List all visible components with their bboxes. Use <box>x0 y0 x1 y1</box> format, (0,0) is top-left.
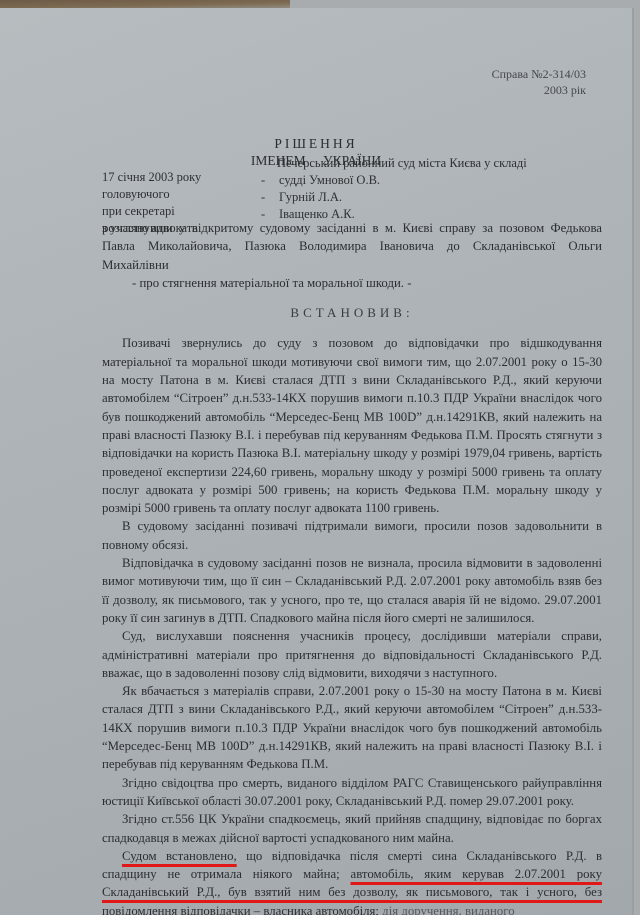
section-heading: ВСТАНОВИВ: <box>102 304 602 322</box>
intro-paragraph: розглянувши у відкритому судовому засіда… <box>102 219 602 274</box>
judge-name: -судді Умнової О.В. <box>277 172 527 189</box>
paragraph-death-certificate: Згідно свідоцтва про смерть, виданого ві… <box>102 774 602 811</box>
document-title: РІШЕННЯ <box>0 136 632 152</box>
decision-body: розглянувши у відкритому судовому засіда… <box>102 219 602 915</box>
decision-date: 17 січня 2003 року <box>102 169 201 186</box>
list-dash: - <box>261 172 279 189</box>
paragraph-court-findings: Судом встановлено, що відповідачка після… <box>102 847 602 915</box>
paragraph-plaintiffs-support: В судовому засіданні позивачі підтримали… <box>102 517 602 554</box>
claim-subject: - про стягнення матеріальної та морально… <box>102 274 602 292</box>
paragraph-civil-code: Згідно ст.556 ЦК України спадкоємець, як… <box>102 810 602 847</box>
court-decision-page: Справа №2-314/03 2003 рік РІШЕННЯ ІМЕНЕМ… <box>0 8 632 915</box>
paragraph-defendant-position: Відповідачка в судовому засіданні позов … <box>102 554 602 627</box>
court-name: Печерський районний суд міста Києва у ск… <box>277 155 527 172</box>
case-reference: Справа №2-314/03 2003 рік <box>492 66 586 98</box>
case-number: Справа №2-314/03 <box>492 66 586 82</box>
paragraph-court-assessment: Суд, вислухавши пояснення учасників проц… <box>102 627 602 682</box>
header-right-column: Печерський районний суд міста Києва у ск… <box>277 155 527 223</box>
secretary-label: при секретарі <box>102 203 201 220</box>
paragraph-claim: Позивачі звернулись до суду з позовом до… <box>102 334 602 517</box>
presiding-label: головуючого <box>102 186 201 203</box>
highlighted-text: Судом встановлено, <box>122 849 237 863</box>
case-year: 2003 рік <box>492 82 586 98</box>
paragraph-case-facts: Як вбачається з матеріалів справи, 2.07.… <box>102 682 602 773</box>
list-dash: - <box>261 189 279 206</box>
secretary-name: -Гурній Л.А. <box>277 189 527 206</box>
